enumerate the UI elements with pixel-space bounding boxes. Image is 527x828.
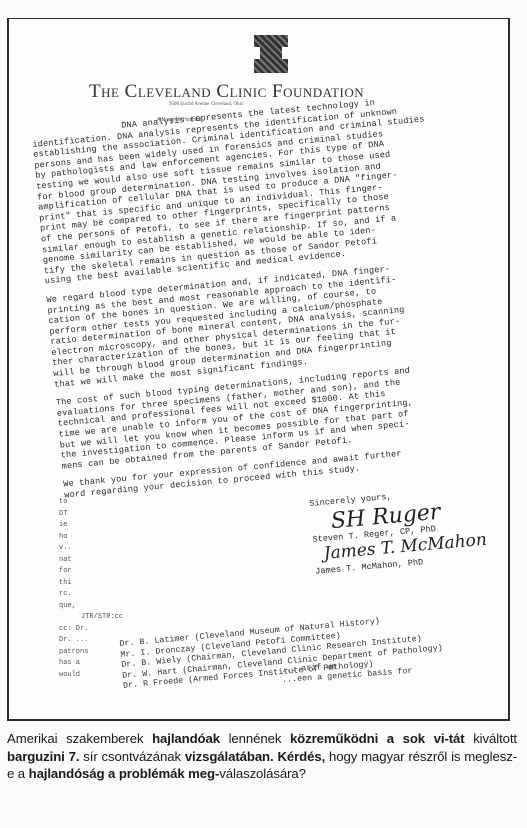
letter-photocopy: The Cleveland Clinic Foundation 9500 Euc… <box>7 18 510 721</box>
caption-run: közreműködni a sok vi-tát <box>290 731 473 746</box>
newspaper-caption: Amerikai szakemberek hajlandóak lennének… <box>7 730 517 783</box>
caption-run: hajlandóak <box>152 731 229 746</box>
cc-label-fragment: has a <box>59 658 123 670</box>
margin-fragment: v.. <box>59 543 123 555</box>
cc-label-fragment: Dr. ... <box>59 635 123 647</box>
cc-label-fragment: would <box>59 670 123 682</box>
margin-fragment: rc. <box>59 589 123 601</box>
caption-run: hajlandóság a problémák meg- <box>29 766 220 781</box>
margin-fragment: ie <box>59 520 123 532</box>
caption-run: válaszolására? <box>219 766 306 781</box>
letterhead-address: 9500 Euclid Avenue Cleveland, Ohio <box>169 102 243 107</box>
margin-fragment: DT <box>59 509 123 521</box>
letter-body: DNA analysis represents the latest techn… <box>31 90 494 509</box>
letter-paragraph: DNA analysis represents the latest techn… <box>31 90 474 287</box>
caption-run: lennének <box>229 731 290 746</box>
left-margin-fragments: toDTiehov..natforthirc.que,JTR/STR:cccc:… <box>59 497 123 681</box>
caption-run: kiváltott <box>473 731 517 746</box>
letter-closing-block: Sincerely yours, SH Ruger Steven T. Rege… <box>309 482 510 577</box>
caption-run: vizsgálatában. Kérdés, <box>185 749 329 764</box>
caption-run: barguzini 7. <box>7 749 83 764</box>
margin-fragment: to <box>59 497 123 509</box>
margin-fragment: nat <box>59 555 123 567</box>
margin-fragment: thi <box>59 578 123 590</box>
cleveland-clinic-logo-icon <box>254 35 288 73</box>
reference-initials: JTR/STR:cc <box>81 612 123 624</box>
caption-run: sír csontvázának <box>83 749 185 764</box>
caption-run: Amerikai szakemberek <box>7 731 152 746</box>
margin-fragment: for <box>59 566 123 578</box>
cc-label-fragment: patrons <box>59 647 123 659</box>
cc-label-fragment: cc: Dr. <box>59 624 123 636</box>
margin-fragment: que, <box>59 601 123 613</box>
margin-fragment: ho <box>59 532 123 544</box>
